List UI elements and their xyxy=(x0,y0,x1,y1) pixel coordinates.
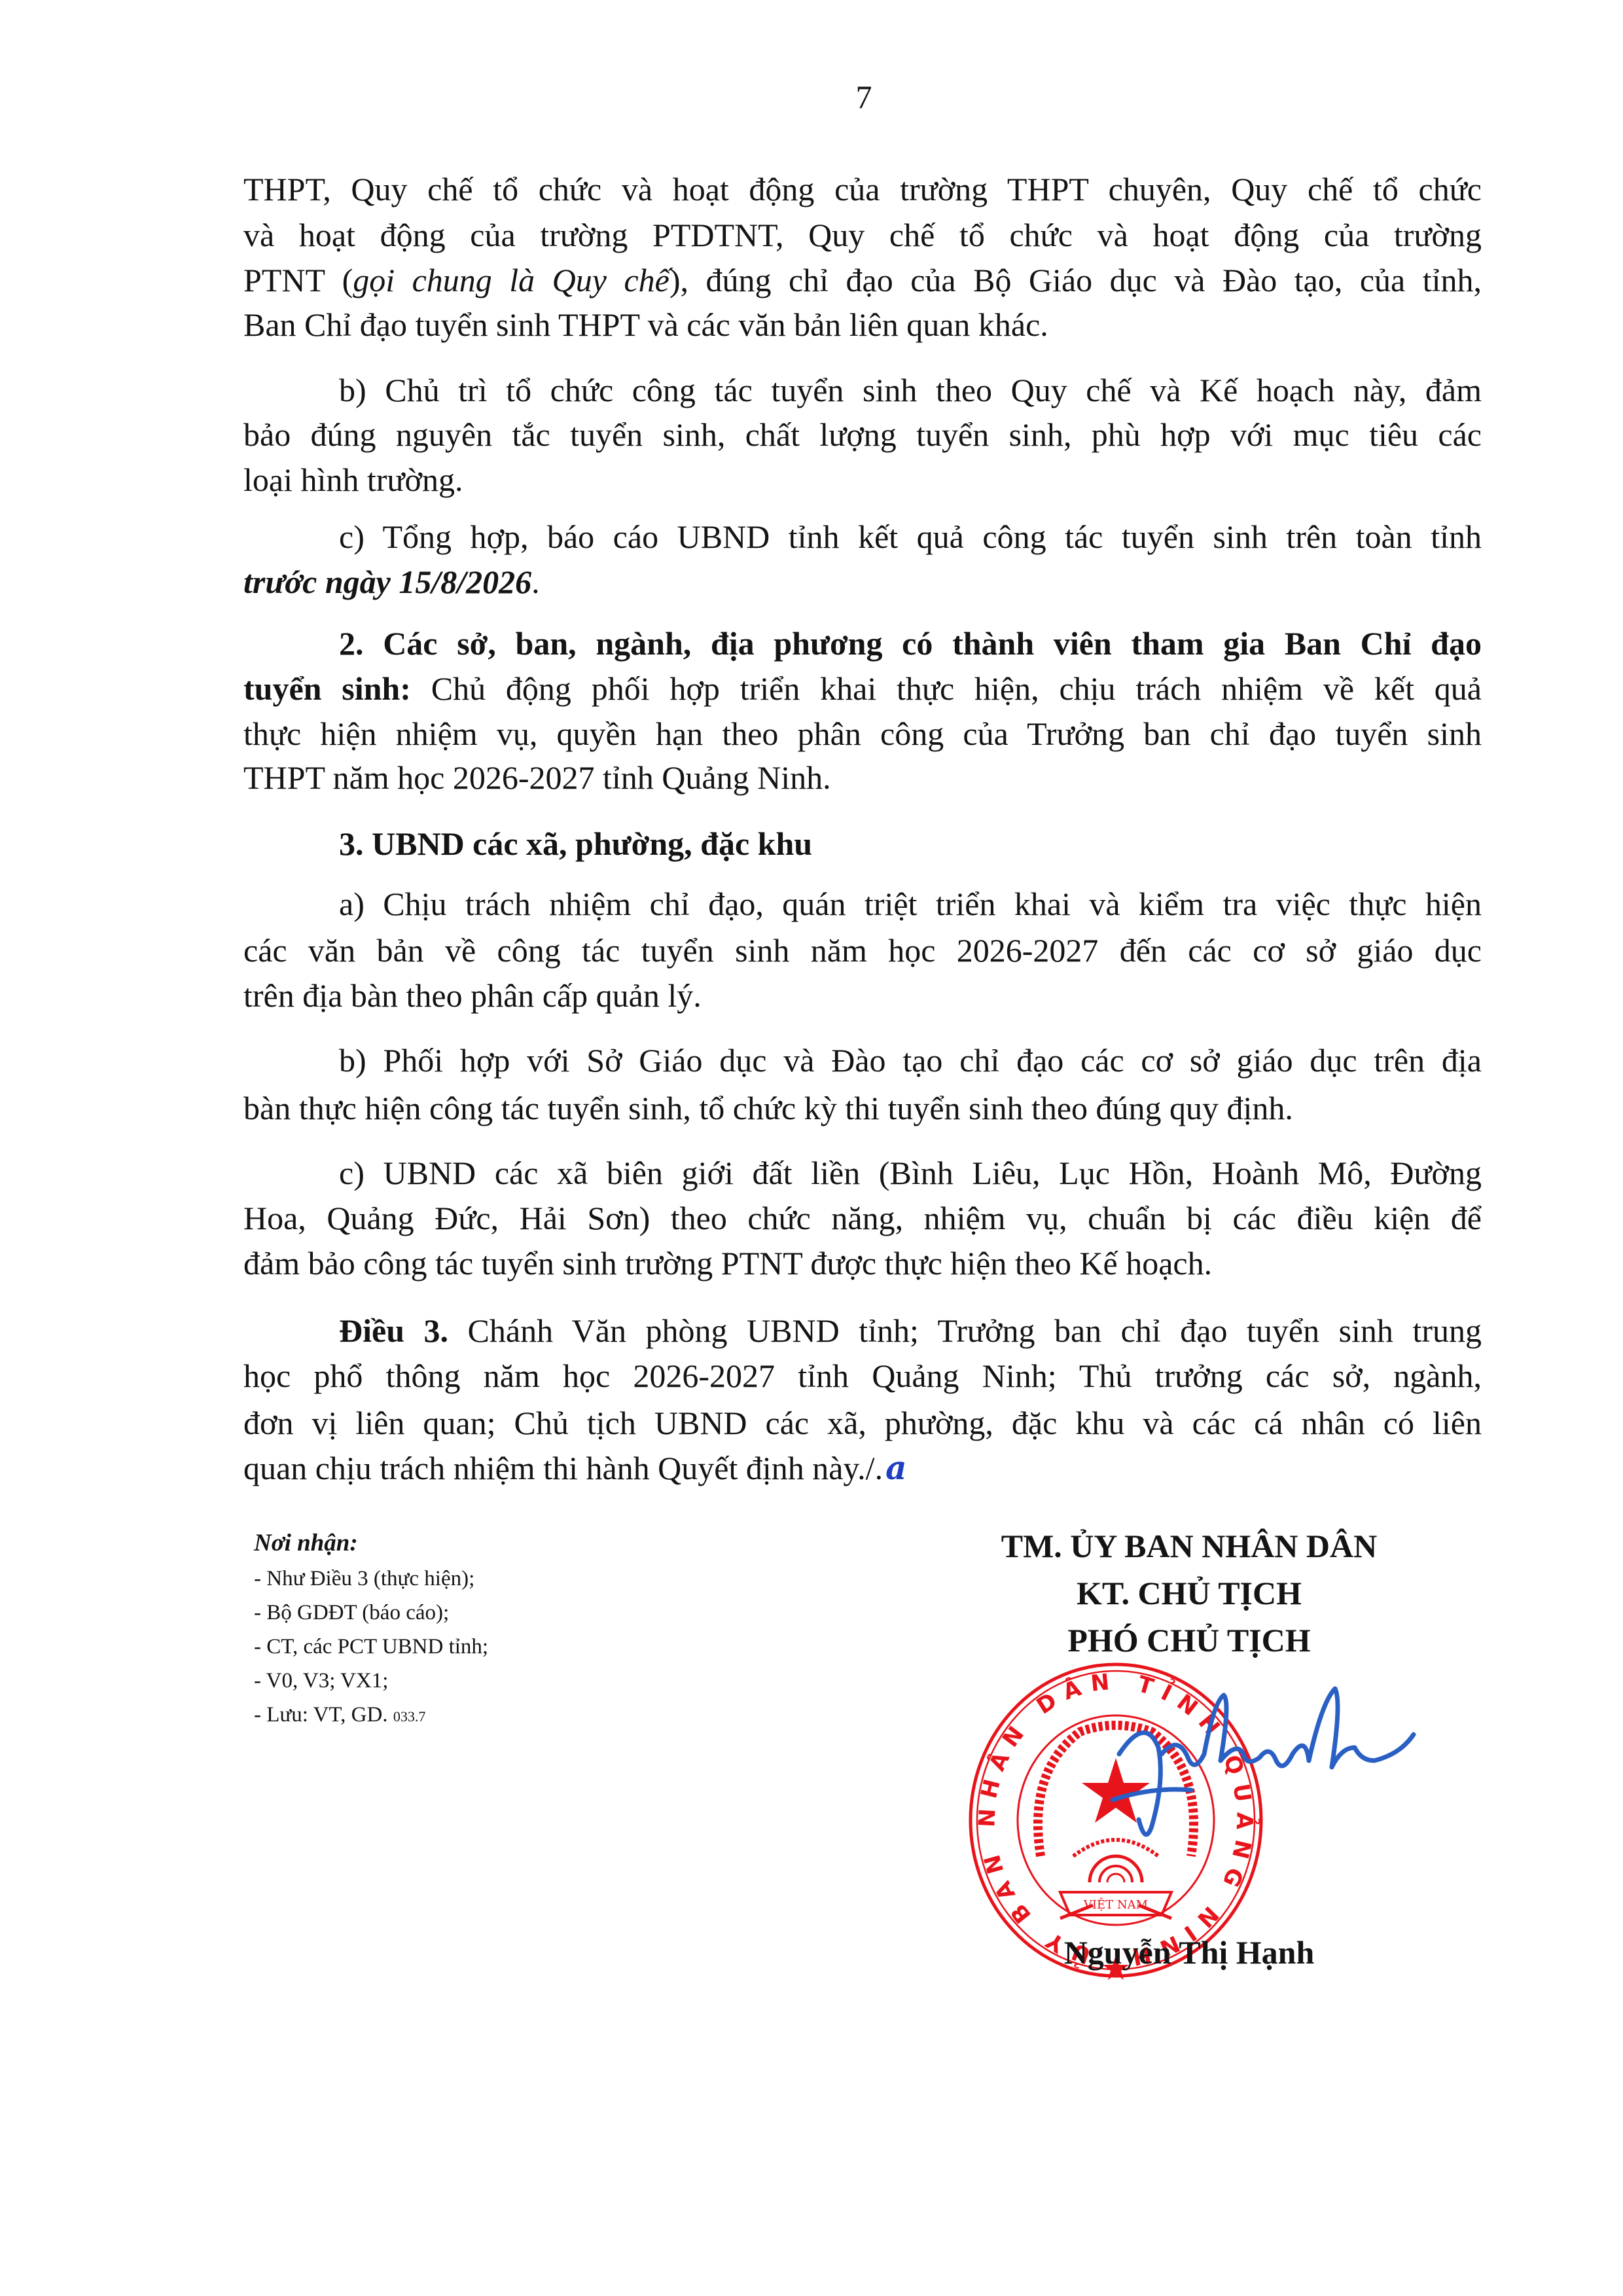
body-line: Ban Chỉ đạo tuyển sinh THPT và các văn b… xyxy=(243,305,1482,344)
recipients-title: Nơi nhận: xyxy=(254,1525,488,1562)
recipient-item: - Lưu: VT, GD. 033.7 xyxy=(254,1698,488,1734)
body-line: a) Chịu trách nhiệm chỉ đạo, quán triệt … xyxy=(243,884,1482,924)
signature-title-1: TM. ỦY BAN NHÂN DÂN xyxy=(927,1522,1451,1570)
body-line: bàn thực hiện công tác tuyển sinh, tổ ch… xyxy=(243,1088,1482,1128)
section-heading: tuyển sinh: xyxy=(243,670,411,707)
archive-code: 033.7 xyxy=(393,1708,426,1725)
italic-text: gọi chung là Quy chế xyxy=(353,262,669,298)
recipient-item: - Bộ GDĐT (báo cáo); xyxy=(254,1596,488,1630)
section-heading: 3. UBND các xã, phường, đặc khu xyxy=(243,824,1482,863)
text: - Lưu: VT, GD. xyxy=(254,1703,388,1727)
text: ), đúng chỉ đạo của Bộ Giáo dục và Đào t… xyxy=(669,262,1482,298)
body-line: thực hiện nhiệm vụ, quyền hạn theo phân … xyxy=(243,714,1482,753)
section-heading: 2. Các sở, ban, ngành, địa phương có thà… xyxy=(243,624,1482,663)
text: . xyxy=(531,564,540,600)
body-line: b) Phối hợp với Sở Giáo dục và Đào tạo c… xyxy=(243,1041,1482,1080)
deadline-text: trước ngày 15/8/2026 xyxy=(243,564,531,600)
body-line: THPT, Quy chế tổ chức và hoạt động của t… xyxy=(243,170,1482,209)
body-line: đơn vị liên quan; Chủ tịch UBND các xã, … xyxy=(243,1403,1482,1443)
text: Chủ động phối hợp triển khai thực hiện, … xyxy=(411,670,1482,707)
text: quan chịu trách nhiệm thi hành Quyết địn… xyxy=(243,1450,883,1486)
signature-title-3: PHÓ CHỦ TỊCH xyxy=(927,1617,1451,1664)
body-line: các văn bản về công tác tuyển sinh năm h… xyxy=(243,931,1482,970)
body-line: Điều 3. Chánh Văn phòng UBND tỉnh; Trưởn… xyxy=(243,1311,1482,1350)
recipient-item: - V0, V3; VX1; xyxy=(254,1664,488,1698)
handwritten-signature-icon xyxy=(1047,1676,1453,1859)
body-line: quan chịu trách nhiệm thi hành Quyết địn… xyxy=(243,1448,1482,1488)
body-line: học phổ thông năm học 2026-2027 tỉnh Quả… xyxy=(243,1356,1482,1395)
body-line: đảm bảo công tác tuyển sinh trường PTNT … xyxy=(243,1244,1482,1283)
body-line: và hoạt động của trường PTDTNT, Quy chế … xyxy=(243,215,1482,255)
page-number: 7 xyxy=(831,77,897,117)
initial-mark-icon: a xyxy=(885,1448,906,1487)
body-line: PTNT (gọi chung là Quy chế), đúng chỉ đạ… xyxy=(243,260,1482,300)
body-line: THPT năm học 2026-2027 tỉnh Quảng Ninh. xyxy=(243,758,1482,797)
body-line: c) Tổng hợp, báo cáo UBND tỉnh kết quả c… xyxy=(243,517,1482,556)
body-line: trước ngày 15/8/2026. xyxy=(243,562,1482,601)
recipient-item: - CT, các PCT UBND tỉnh; xyxy=(254,1630,488,1664)
recipients-block: Nơi nhận: - Như Điều 3 (thực hiện); - Bộ… xyxy=(254,1525,488,1734)
article-label: Điều 3. xyxy=(339,1312,448,1349)
stamp-emblem-text: VIỆT NAM xyxy=(1083,1897,1148,1912)
recipient-item: - Như Điều 3 (thực hiện); xyxy=(254,1562,488,1596)
body-line: c) UBND các xã biên giới đất liền (Bình … xyxy=(243,1153,1482,1193)
body-line: b) Chủ trì tổ chức công tác tuyển sinh t… xyxy=(243,370,1482,410)
signature-title-2: KT. CHỦ TỊCH xyxy=(927,1570,1451,1617)
text: Chánh Văn phòng UBND tỉnh; Trưởng ban ch… xyxy=(448,1312,1482,1349)
body-line: bảo đúng nguyên tắc tuyển sinh, chất lượ… xyxy=(243,415,1482,454)
signature-block: TM. ỦY BAN NHÂN DÂN KT. CHỦ TỊCH PHÓ CHỦ… xyxy=(927,1522,1451,1664)
text: PTNT ( xyxy=(243,262,353,298)
body-line: tuyển sinh: Chủ động phối hợp triển khai… xyxy=(243,669,1482,708)
body-line: loại hình trường. xyxy=(243,460,1482,499)
body-line: Hoa, Quảng Đức, Hải Sơn) theo chức năng,… xyxy=(243,1198,1482,1238)
body-line: trên địa bàn theo phân cấp quản lý. xyxy=(243,976,1482,1015)
signer-name: Nguyễn Thị Hạnh xyxy=(927,1929,1451,1975)
